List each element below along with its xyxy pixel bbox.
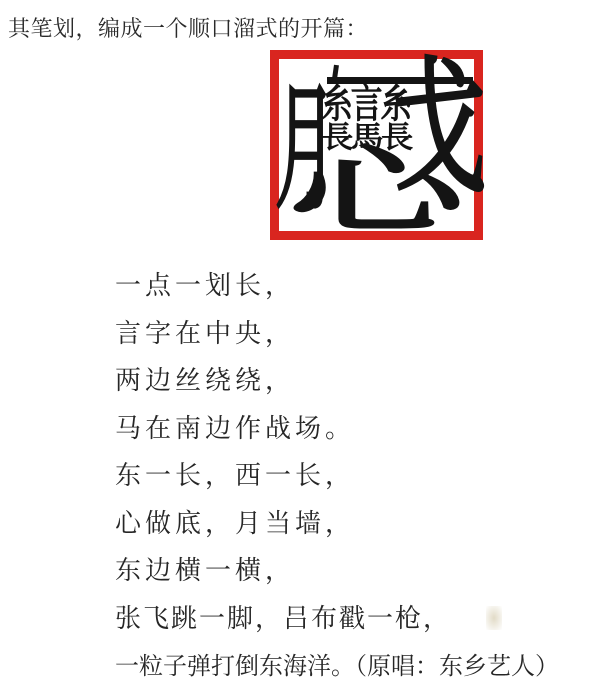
poem-line: 东边横一横， xyxy=(115,545,559,593)
poem-line: 马在南边作战场。 xyxy=(115,403,559,451)
component-heart: 心 xyxy=(206,143,547,238)
poem-line: 心做底，月当墙， xyxy=(115,498,559,546)
poem-line: 言字在中央， xyxy=(115,308,559,356)
intro-text: 其笔划，编成一个顺口溜式的开篇： xyxy=(8,12,368,43)
character-image-box: 月 糸言糸 長馬長 戈 心 xyxy=(270,50,483,240)
poem-line: 一点一划长， xyxy=(115,260,559,308)
poem-line: 一粒子弹打倒东海洋。（原唱：东乡艺人） xyxy=(115,640,559,688)
scan-smudge xyxy=(486,606,502,630)
poem-line: 东一长，西一长， xyxy=(115,450,559,498)
poem-line: 两边丝绕绕， xyxy=(115,355,559,403)
